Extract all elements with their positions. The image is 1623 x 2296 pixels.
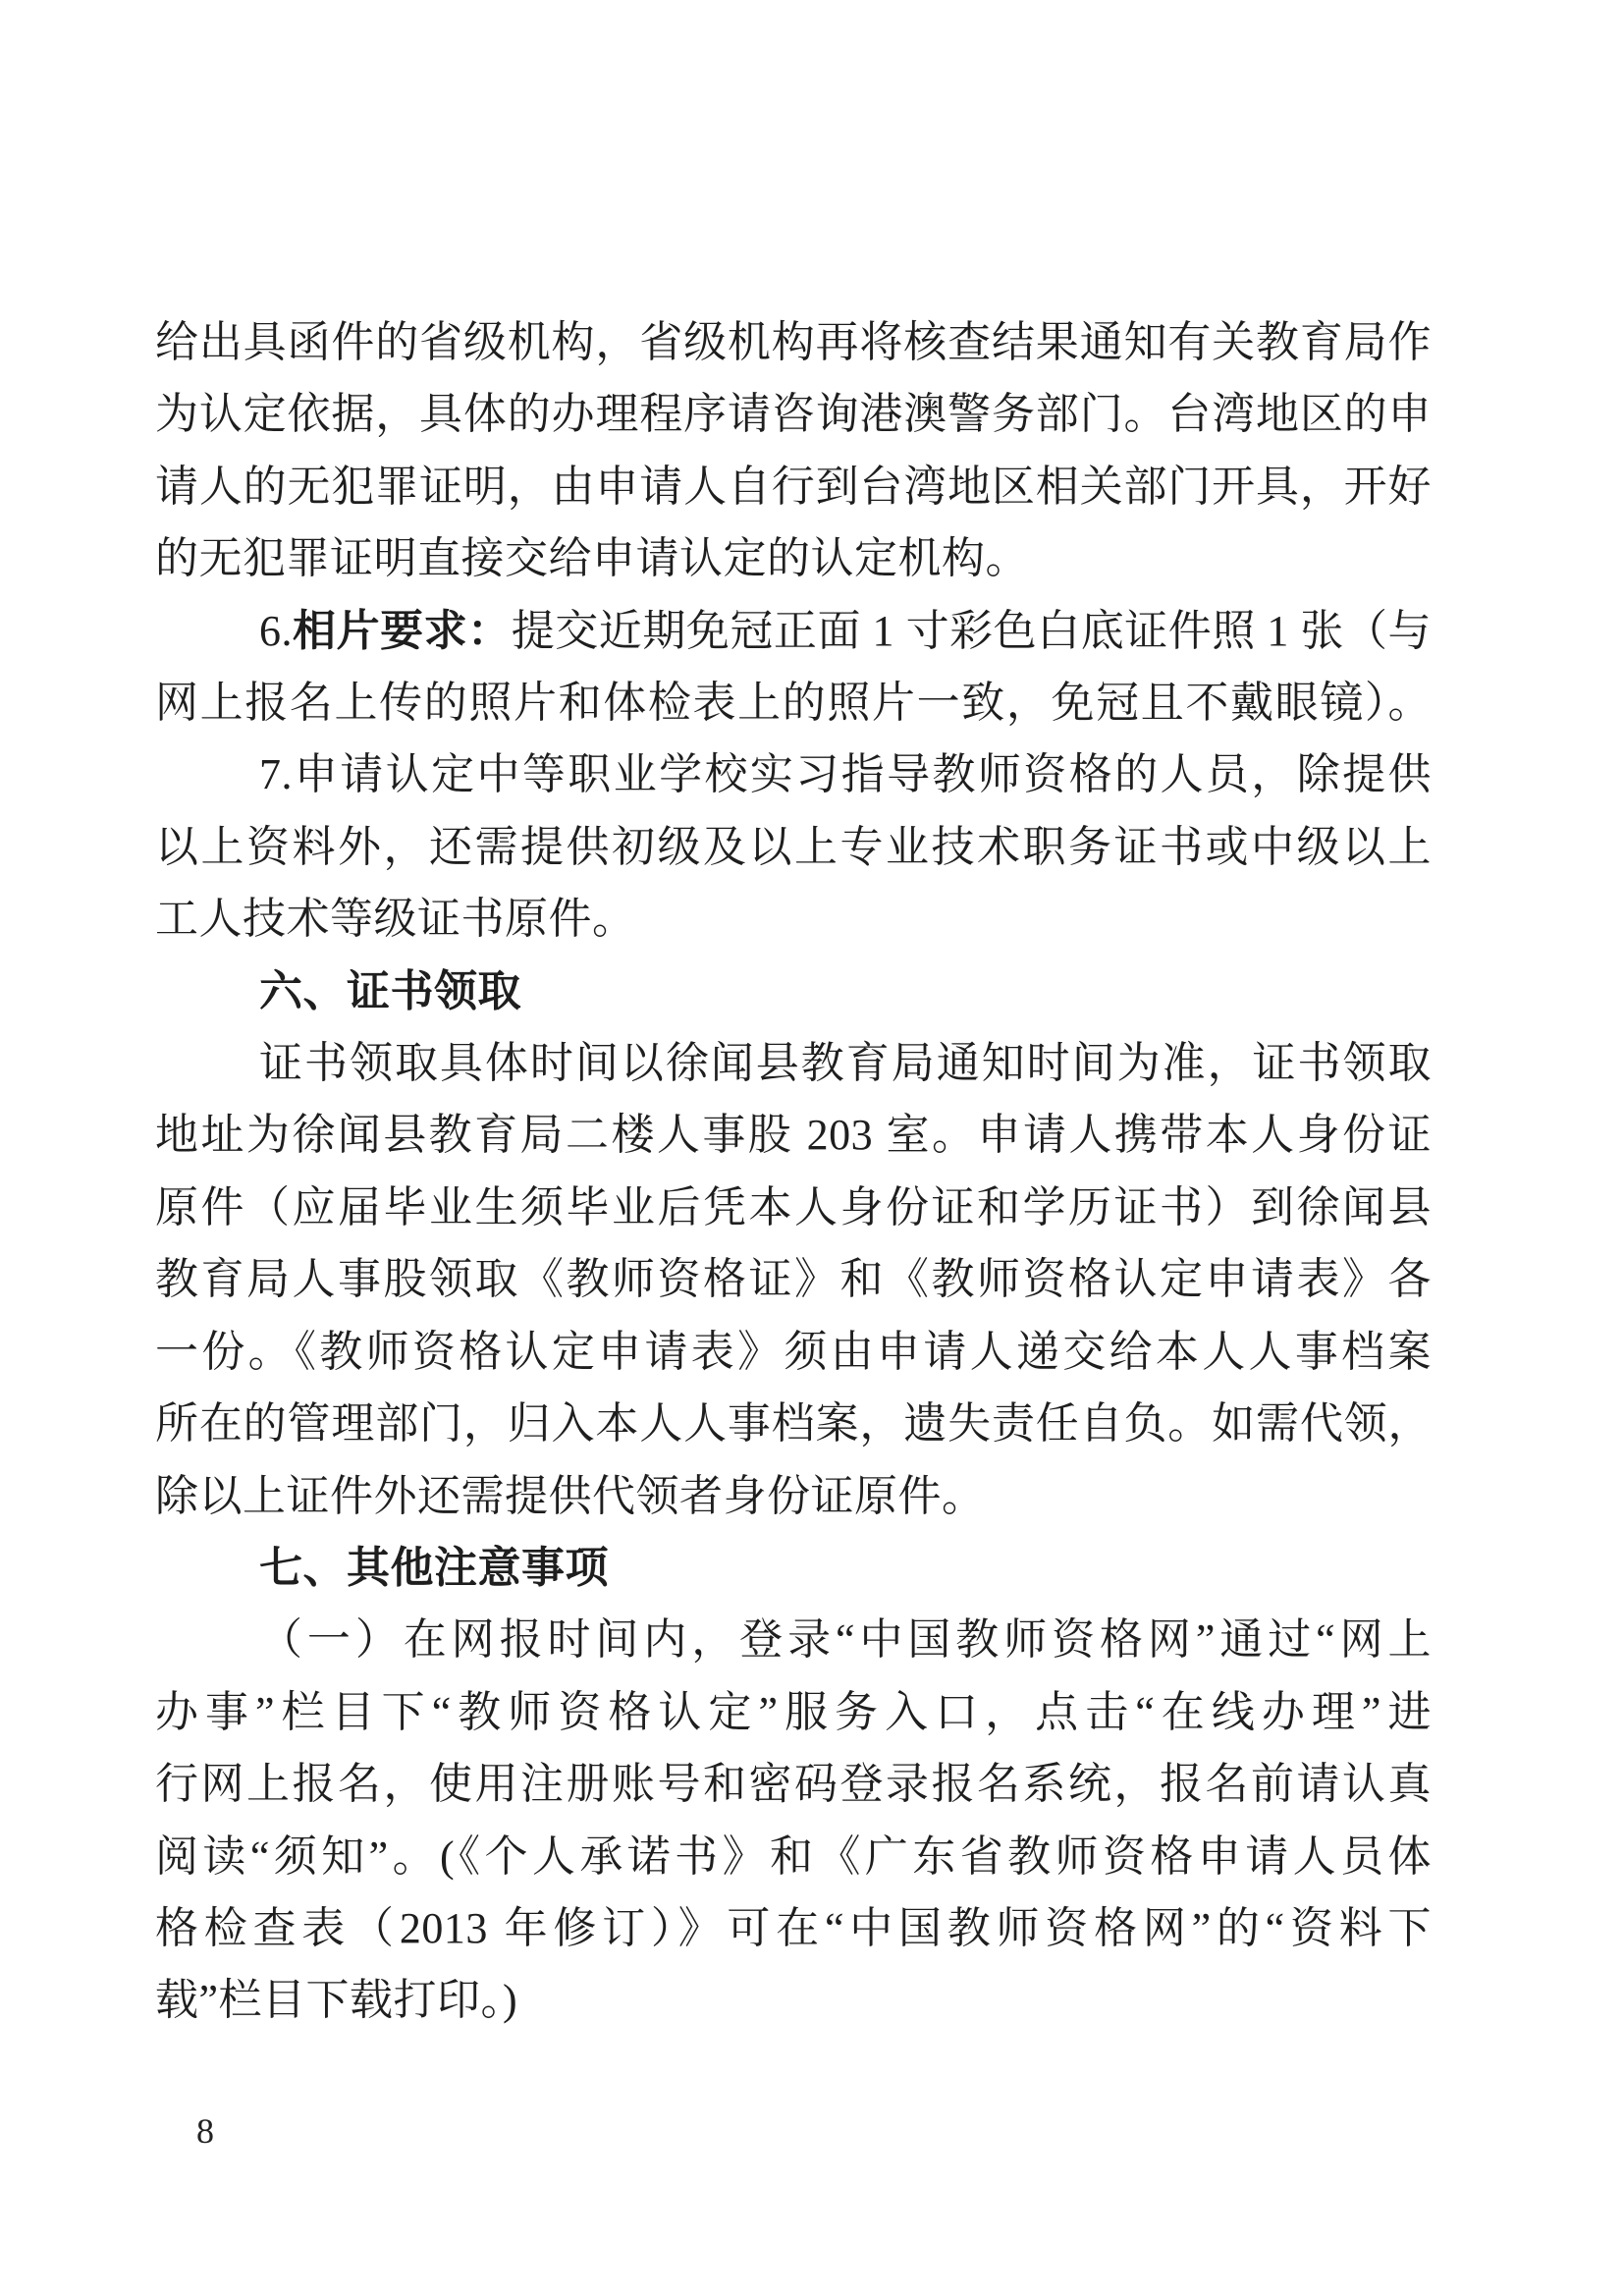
section-heading-other-notes: 七、其他注意事项	[155, 1532, 1432, 1604]
item-label: 相片要求：	[293, 607, 512, 655]
text-line: 7.申请认定中等职业学校实习指导教师资格的人员，除提供	[155, 738, 1432, 810]
text-line: 教育局人事股领取《教师资格证》和《教师资格认定申请表》各	[155, 1243, 1432, 1315]
document-text-block: 给出具函件的省级机构，省级机构再将核查结果通知有关教育局作 为认定依据，具体的办…	[155, 306, 1432, 2037]
text-line: 请人的无犯罪证明，由申请人自行到台湾地区相关部门开具，开好	[155, 451, 1432, 522]
text-line: 所在的管理部门，归入本人人事档案，遗失责任自负。如需代领，	[155, 1388, 1432, 1459]
item-number: 6.	[259, 607, 293, 655]
text-line: 地址为徐闻县教育局二楼人事股 203 室。申请人携带本人身份证	[155, 1099, 1432, 1171]
text-line: （一）在网报时间内，登录“中国教师资格网”通过“网上	[155, 1604, 1432, 1675]
page-number: 8	[196, 2111, 214, 2151]
text-line: 格检查表（2013 年修订）》可在“中国教师资格网”的“资料下	[155, 1892, 1432, 1964]
text-line: 除以上证件外还需提供代领者身份证原件。	[155, 1460, 1432, 1532]
document-page: 给出具函件的省级机构，省级机构再将核查结果通知有关教育局作 为认定依据，具体的办…	[0, 0, 1623, 2296]
text-line: 给出具函件的省级机构，省级机构再将核查结果通知有关教育局作	[155, 306, 1432, 378]
text-line: 原件（应届毕业生须毕业后凭本人身份证和学历证书）到徐闻县	[155, 1172, 1432, 1243]
text-line: 以上资料外，还需提供初级及以上专业技术职务证书或中级以上	[155, 811, 1432, 883]
text-line: 工人技术等级证书原件。	[155, 883, 1432, 955]
text-line: 的无犯罪证明直接交给申请认定的认定机构。	[155, 522, 1432, 594]
text-line: 办事”栏目下“教师资格认定”服务入口，点击“在线办理”进	[155, 1676, 1432, 1748]
text-line: 证书领取具体时间以徐闻县教育局通知时间为准，证书领取	[155, 1027, 1432, 1099]
text-line: 为认定依据，具体的办理程序请咨询港澳警务部门。台湾地区的申	[155, 378, 1432, 450]
text-line: 行网上报名，使用注册账号和密码登录报名系统，报名前请认真	[155, 1748, 1432, 1820]
section-heading-certificate-collection: 六、证书领取	[155, 956, 1432, 1027]
text-line: 载”栏目下载打印。)	[155, 1964, 1432, 2036]
item-text: 提交近期免冠正面 1 寸彩色白底证件照 1 张（与	[512, 607, 1432, 655]
text-line: 一份。《教师资格认定申请表》须由申请人递交给本人人事档案	[155, 1316, 1432, 1388]
text-line: 网上报名上传的照片和体检表上的照片一致，免冠且不戴眼镜）。	[155, 667, 1432, 738]
text-line: 6.相片要求：提交近期免冠正面 1 寸彩色白底证件照 1 张（与	[155, 595, 1432, 667]
text-line: 阅读“须知”。(《个人承诺书》和《广东省教师资格申请人员体	[155, 1821, 1432, 1892]
